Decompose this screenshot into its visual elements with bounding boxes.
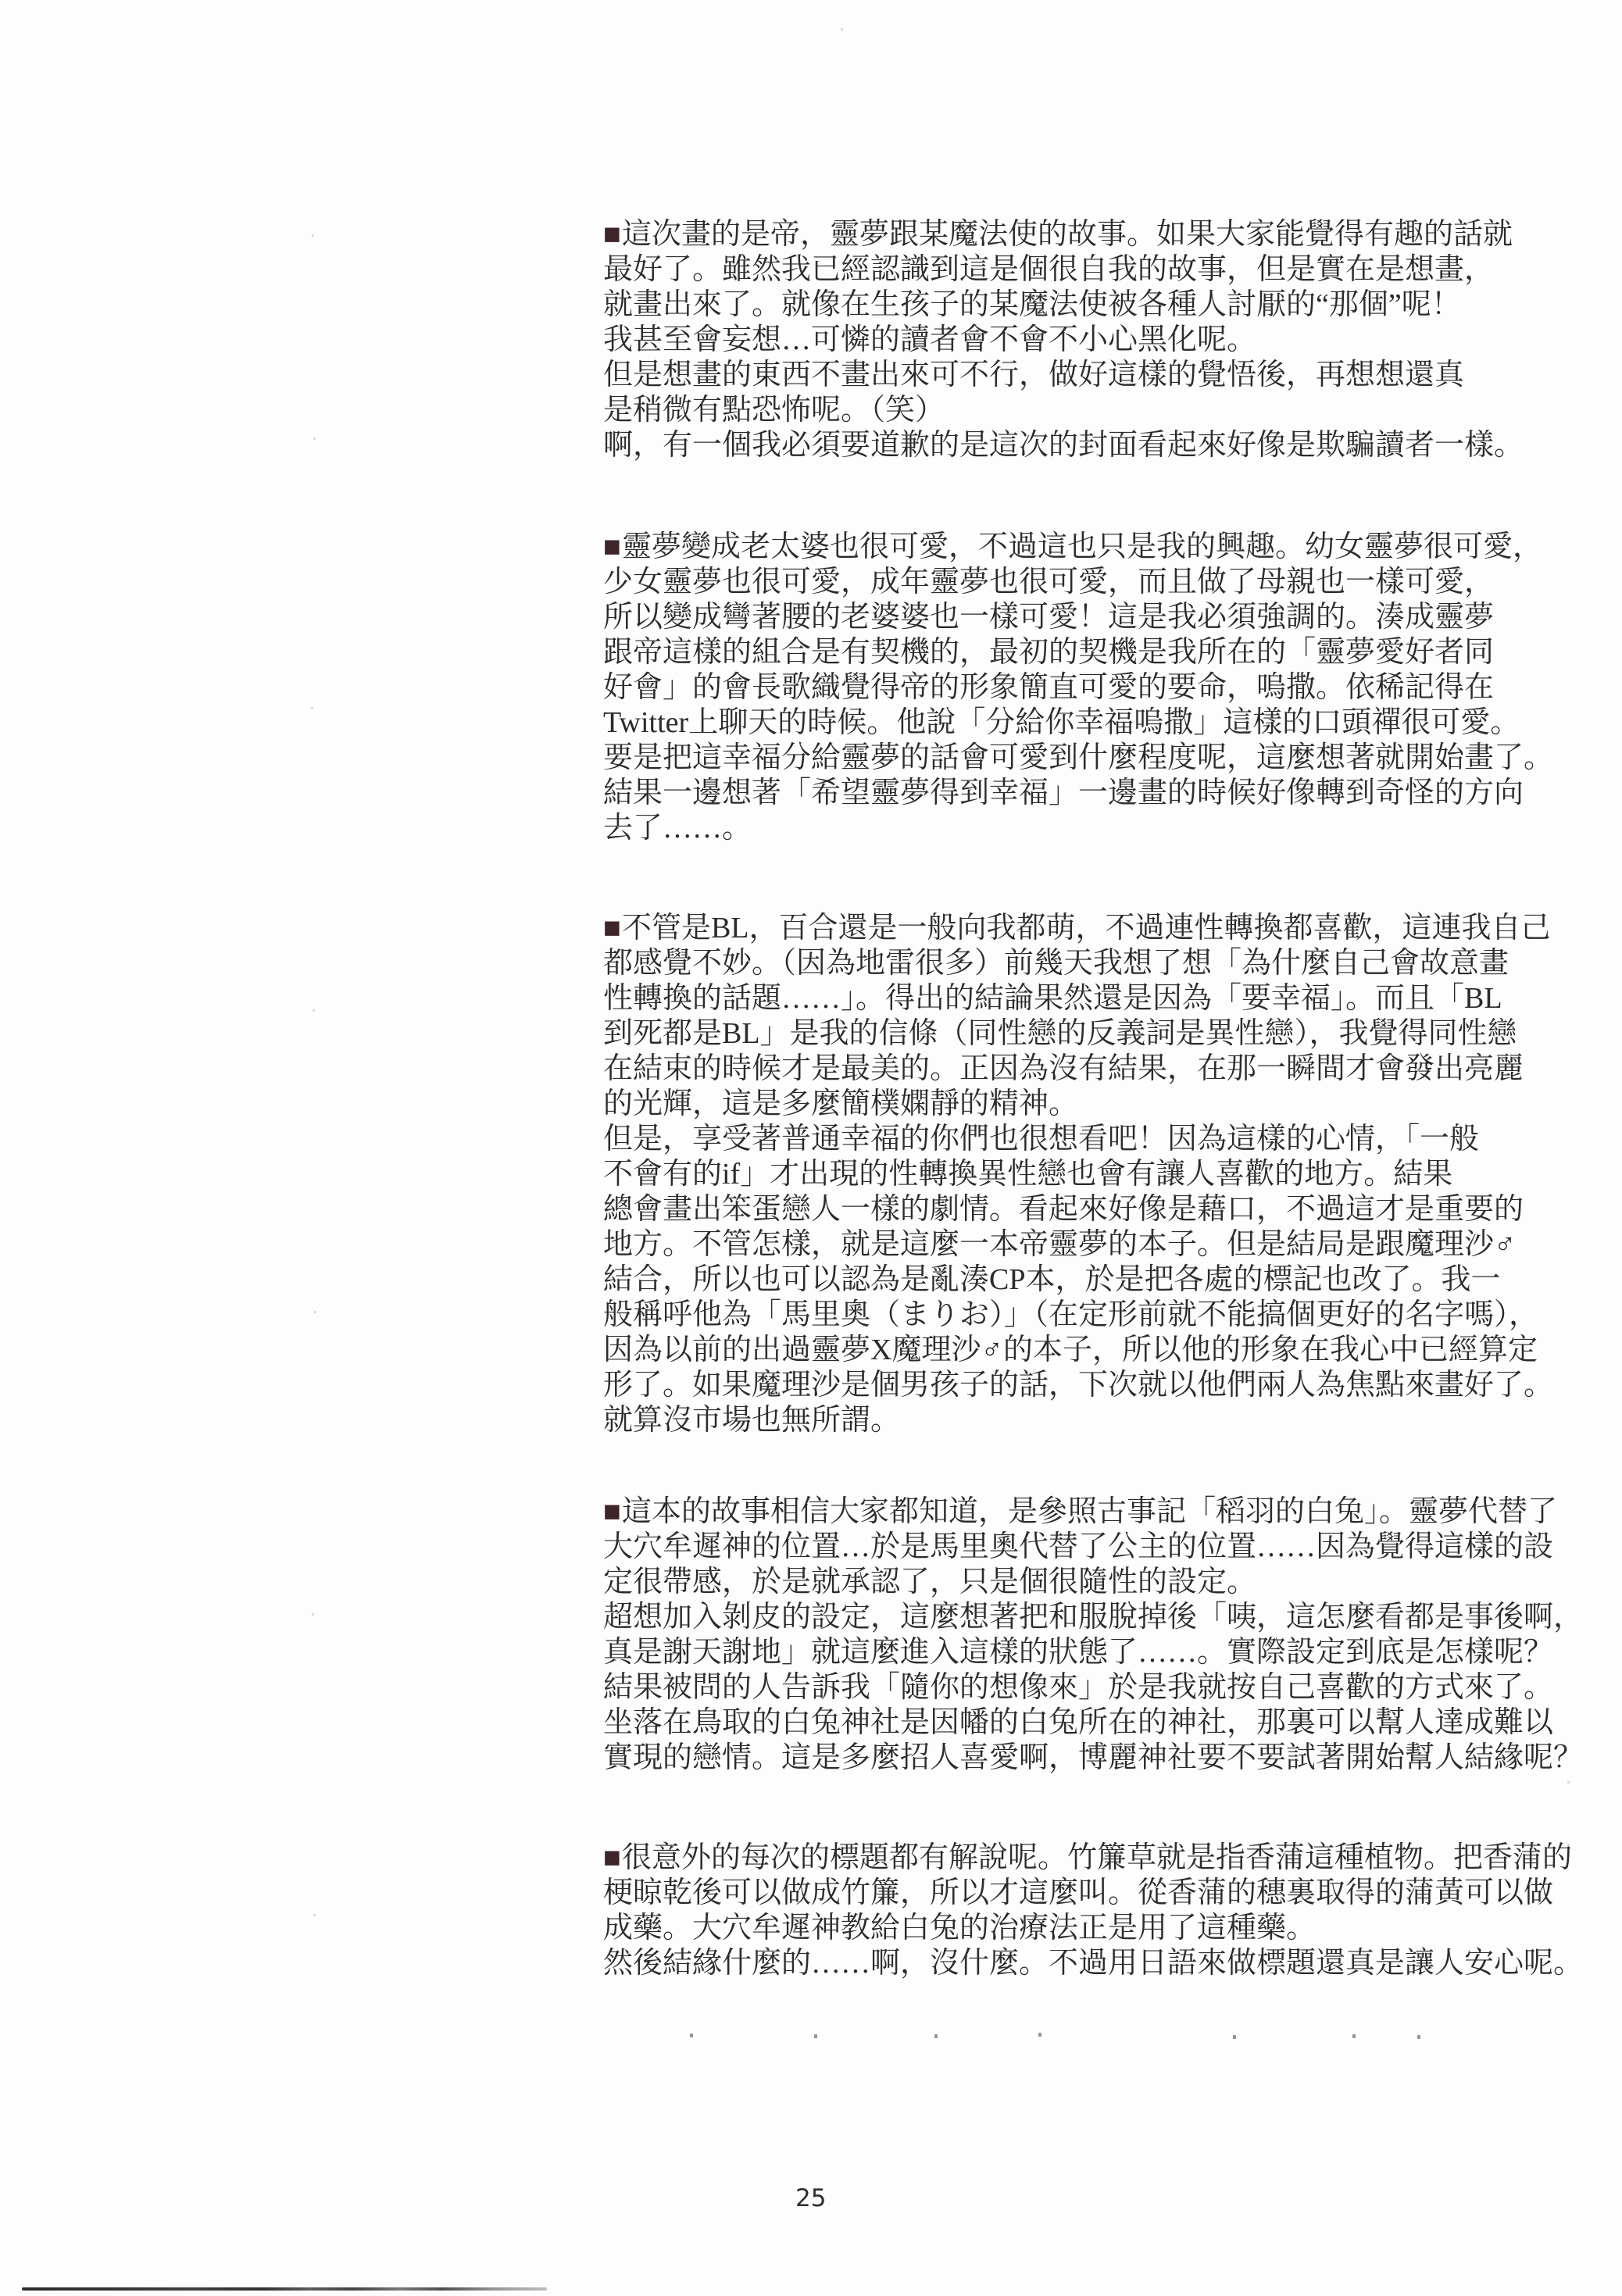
scan-artifact-dot xyxy=(1567,1844,1570,1846)
text-line: 大穴牟遲神的位置…於是馬里奧代替了公主的位置……因為覺得這樣的設 xyxy=(603,1530,1509,1565)
text-line: 不會有的if」才出現的性轉換異性戀也會有讓人喜歡的地方。結果 xyxy=(603,1157,1509,1192)
text-line: 性轉換的話題……」。得出的結論果然還是因為「要幸福」。而且「BL xyxy=(603,981,1509,1016)
section-bullet-icon: ■ xyxy=(603,1841,621,1874)
text-line: 結果被問的人告訴我「隨你的想像來」於是我就按自己喜歡的方式來了。 xyxy=(603,1670,1509,1705)
paragraph: ■不管是BL，百合還是一般向我都萌，不過連性轉換都喜歡，這連我自己都感覺不妙。（… xyxy=(603,911,1509,1438)
text-line: 般稱呼他為「馬里奧（まりお）」（在定形前就不能搞個更好的名字嗎）， xyxy=(603,1298,1509,1333)
text-line: 到死都是BL」是我的信條（同性戀的反義詞是異性戀），我覺得同性戀 xyxy=(603,1016,1509,1052)
text-line: 坐落在鳥取的白兔神社是因幡的白兔所在的神社，那裏可以幫人達成難以 xyxy=(603,1705,1509,1741)
text-line: ■這本的故事相信大家都知道，是參照古事記「稻羽的白兔」。靈夢代替了 xyxy=(603,1494,1509,1530)
section-bullet-icon: ■ xyxy=(603,1495,621,1528)
scan-artifact-dot xyxy=(313,437,316,440)
scan-artifact-dot xyxy=(311,707,313,709)
text-line: 最好了。雖然我已經認識到這是個很自我的故事，但是實在是想畫， xyxy=(603,252,1509,287)
text-line: 但是，享受著普通幸福的你們也很想看吧！因為這樣的心情，「一般 xyxy=(603,1122,1509,1157)
scan-artifact-dot xyxy=(934,2034,938,2038)
scan-artifact-dot xyxy=(1038,2033,1041,2037)
text-line: 的光輝，這是多麼簡樸嫻靜的精神。 xyxy=(603,1087,1509,1122)
text-line: 所以變成彎著腰的老婆婆也一樣可愛！這是我必須強調的。湊成靈夢 xyxy=(603,600,1509,635)
text-line: 去了……。 xyxy=(603,811,1509,846)
text-line: 啊，有一個我必須要道歉的是這次的封面看起來好像是欺騙讀者一樣。 xyxy=(603,428,1509,463)
text-block: ■這次畫的是帝，靈夢跟某魔法使的故事。如果大家能覺得有趣的話就最好了。雖然我已經… xyxy=(603,217,1509,1981)
scan-artifact-bottom-edge xyxy=(22,2287,547,2291)
text-line: 在結束的時候才是最美的。正因為沒有結果，在那一瞬間才會發出亮麗 xyxy=(603,1052,1509,1087)
text-line: 真是謝天謝地」就這麼進入這樣的狀態了……。實際設定到底是怎樣呢？ xyxy=(603,1635,1509,1670)
paragraph: ■很意外的每次的標題都有解說呢。竹簾草就是指香蒲這種植物。把香蒲的梗晾乾後可以做… xyxy=(603,1841,1509,1981)
scan-artifact-dot xyxy=(313,1009,315,1012)
paragraph: ■這本的故事相信大家都知道，是參照古事記「稻羽的白兔」。靈夢代替了大穴牟遲神的位… xyxy=(603,1494,1509,1776)
scan-artifact-dot xyxy=(1352,2034,1356,2038)
text-line: 成藥。大穴牟遲神教給白兔的治療法正是用了這種藥。 xyxy=(603,1911,1509,1946)
section-bullet-icon: ■ xyxy=(603,912,621,944)
paragraph: ■這次畫的是帝，靈夢跟某魔法使的故事。如果大家能覺得有趣的話就最好了。雖然我已經… xyxy=(603,217,1509,463)
text-line: Twitter上聊天的時候。他說「分給你幸福嗚撒」這樣的口頭禪很可愛。 xyxy=(603,705,1509,741)
text-line: 梗晾乾後可以做成竹簾，所以才這麼叫。從香蒲的穗裏取得的蒲黃可以做 xyxy=(603,1876,1509,1911)
scan-artifact-dot xyxy=(313,1914,316,1916)
section-bullet-icon: ■ xyxy=(603,530,621,563)
scan-artifact-dot xyxy=(314,1311,316,1313)
scan-artifact-dot xyxy=(814,2034,817,2038)
text-line: 因為以前的出過靈夢X魔理沙♂的本子，所以他的形象在我心中已經算定 xyxy=(603,1333,1509,1368)
text-line: 形了。如果魔理沙是個男孩子的話，下次就以他們兩人為焦點來畫好了。 xyxy=(603,1368,1509,1403)
text-line: 少女靈夢也很可愛，成年靈夢也很可愛，而且做了母親也一樣可愛， xyxy=(603,565,1509,600)
paragraph: ■靈夢變成老太婆也很可愛，不過這也只是我的興趣。幼女靈夢很可愛，少女靈夢也很可愛… xyxy=(603,530,1509,846)
text-line: 就畫出來了。就像在生孩子的某魔法使被各種人討厭的“那個”呢！ xyxy=(603,287,1509,323)
page-number: 25 xyxy=(795,2184,826,2212)
text-line: 好會」的會長歌織覺得帝的形象簡直可愛的要命，嗚撒。依稀記得在 xyxy=(603,670,1509,705)
text-line: 實現的戀情。這是多麼招人喜愛啊，博麗神社要不要試著開始幫人結緣呢？ xyxy=(603,1741,1509,1776)
scan-artifact-dot xyxy=(1233,2035,1236,2039)
text-line: ■不管是BL，百合還是一般向我都萌，不過連性轉換都喜歡，這連我自己 xyxy=(603,911,1509,946)
text-line: 結合，所以也可以認為是亂湊CP本，於是把各處的標記也改了。我一 xyxy=(603,1262,1509,1298)
scan-artifact-dot xyxy=(312,234,314,237)
text-line: 定很帶感，於是就承認了，只是個很隨性的設定。 xyxy=(603,1565,1509,1600)
text-line: 但是想畫的東西不畫出來可不行，做好這樣的覺悟後，再想想還真 xyxy=(603,358,1509,393)
scanned-page: ■這次畫的是帝，靈夢跟某魔法使的故事。如果大家能覺得有趣的話就最好了。雖然我已經… xyxy=(0,0,1622,2296)
scan-artifact-dot xyxy=(312,1613,314,1616)
text-line: 是稍微有點恐怖呢。（笑） xyxy=(603,393,1509,428)
text-line: 然後結緣什麼的……啊，沒什麼。不過用日語來做標題還真是讓人安心呢。 xyxy=(603,1946,1509,1981)
text-line: 總會畫出笨蛋戀人一樣的劇情。看起來好像是藉口，不過這才是重要的 xyxy=(603,1192,1509,1227)
text-line: 超想加入剝皮的設定，這麼想著把和服脫掉後「咦，這怎麼看都是事後啊， xyxy=(603,1600,1509,1635)
scan-artifact-dot xyxy=(1417,2035,1420,2039)
text-line: ■靈夢變成老太婆也很可愛，不過這也只是我的興趣。幼女靈夢很可愛， xyxy=(603,530,1509,565)
text-line: 結果一邊想著「希望靈夢得到幸福」一邊畫的時候好像轉到奇怪的方向 xyxy=(603,776,1509,811)
scan-artifact-dot xyxy=(690,2034,693,2037)
scan-artifact-dot xyxy=(841,28,843,30)
scan-artifact-dot xyxy=(1567,1781,1570,1784)
text-line: 都感覺不妙。（因為地雷很多）前幾天我想了想「為什麼自己會故意畫 xyxy=(603,946,1509,981)
text-line: ■這次畫的是帝，靈夢跟某魔法使的故事。如果大家能覺得有趣的話就 xyxy=(603,217,1509,252)
text-line: 要是把這幸福分給靈夢的話會可愛到什麼程度呢，這麼想著就開始畫了。 xyxy=(603,741,1509,776)
text-line: ■很意外的每次的標題都有解說呢。竹簾草就是指香蒲這種植物。把香蒲的 xyxy=(603,1841,1509,1876)
text-line: 地方。不管怎樣，就是這麼一本帝靈夢的本子。但是結局是跟魔理沙♂ xyxy=(603,1227,1509,1262)
section-bullet-icon: ■ xyxy=(603,218,621,251)
text-line: 我甚至會妄想…可憐的讀者會不會不小心黑化呢。 xyxy=(603,323,1509,358)
text-line: 跟帝這樣的組合是有契機的，最初的契機是我所在的「靈夢愛好者同 xyxy=(603,635,1509,670)
text-line: 就算沒市場也無所謂。 xyxy=(603,1403,1509,1438)
